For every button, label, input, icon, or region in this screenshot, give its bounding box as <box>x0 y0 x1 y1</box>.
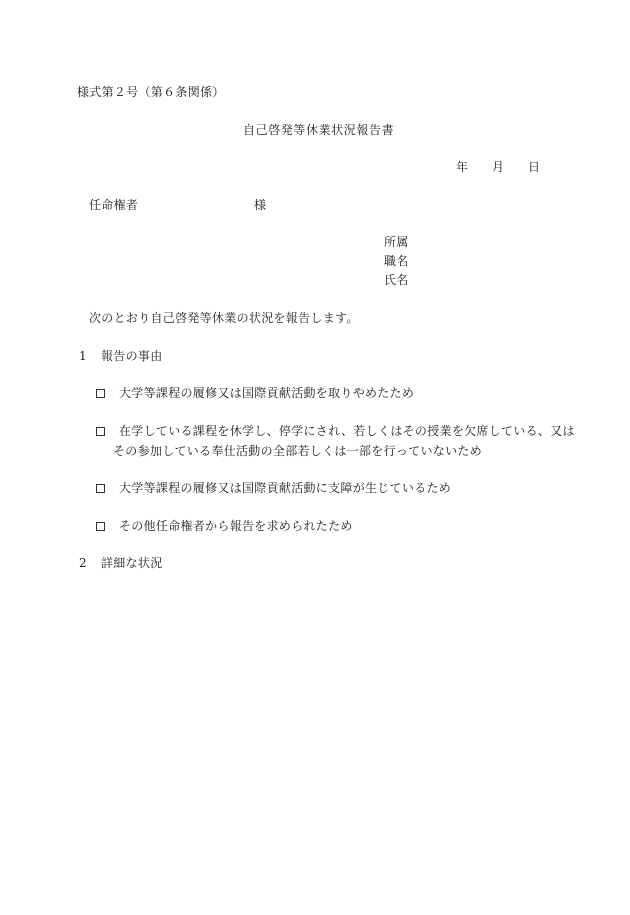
position-label: 職名 <box>384 254 409 268</box>
checkbox[interactable] <box>96 427 105 436</box>
year-label: 年 <box>456 160 468 174</box>
form-number-label: 様式第２号（第６条関係） <box>77 85 225 99</box>
checkbox[interactable] <box>96 522 105 531</box>
section-1-number: 1 <box>79 349 87 363</box>
section-1-heading: 報告の事由 <box>101 349 163 363</box>
intro-text: 次のとおり自己啓発等休業の状況を報告します。 <box>89 311 359 325</box>
document-title: 自己啓発等休業状況報告書 <box>243 123 394 137</box>
option-text-line-1: 在学している課程を休学し、停学にされ、若しくはその授業を欠席している、又は <box>119 424 575 438</box>
addressee-label: 任命権者 <box>89 198 138 212</box>
checkbox[interactable] <box>96 389 105 398</box>
month-label: 月 <box>492 160 504 174</box>
section-2-heading: 詳細な状況 <box>101 556 163 570</box>
day-label: 日 <box>528 160 540 174</box>
name-label: 氏名 <box>384 273 409 287</box>
section-2-number: 2 <box>79 556 87 570</box>
option-text: 大学等課程の履修又は国際貢献活動に支障が生じているため <box>119 481 451 495</box>
option-text: その他任命権者から報告を求められたため <box>119 519 353 533</box>
affiliation-label: 所属 <box>384 235 409 249</box>
option-text: 大学等課程の履修又は国際貢献活動を取りやめたため <box>119 386 414 400</box>
checkbox[interactable] <box>96 484 105 493</box>
addressee-honorific: 様 <box>254 198 266 212</box>
option-text-line-2: その参加している奉仕活動の全部若しくは一部を行っていないため <box>113 444 482 458</box>
